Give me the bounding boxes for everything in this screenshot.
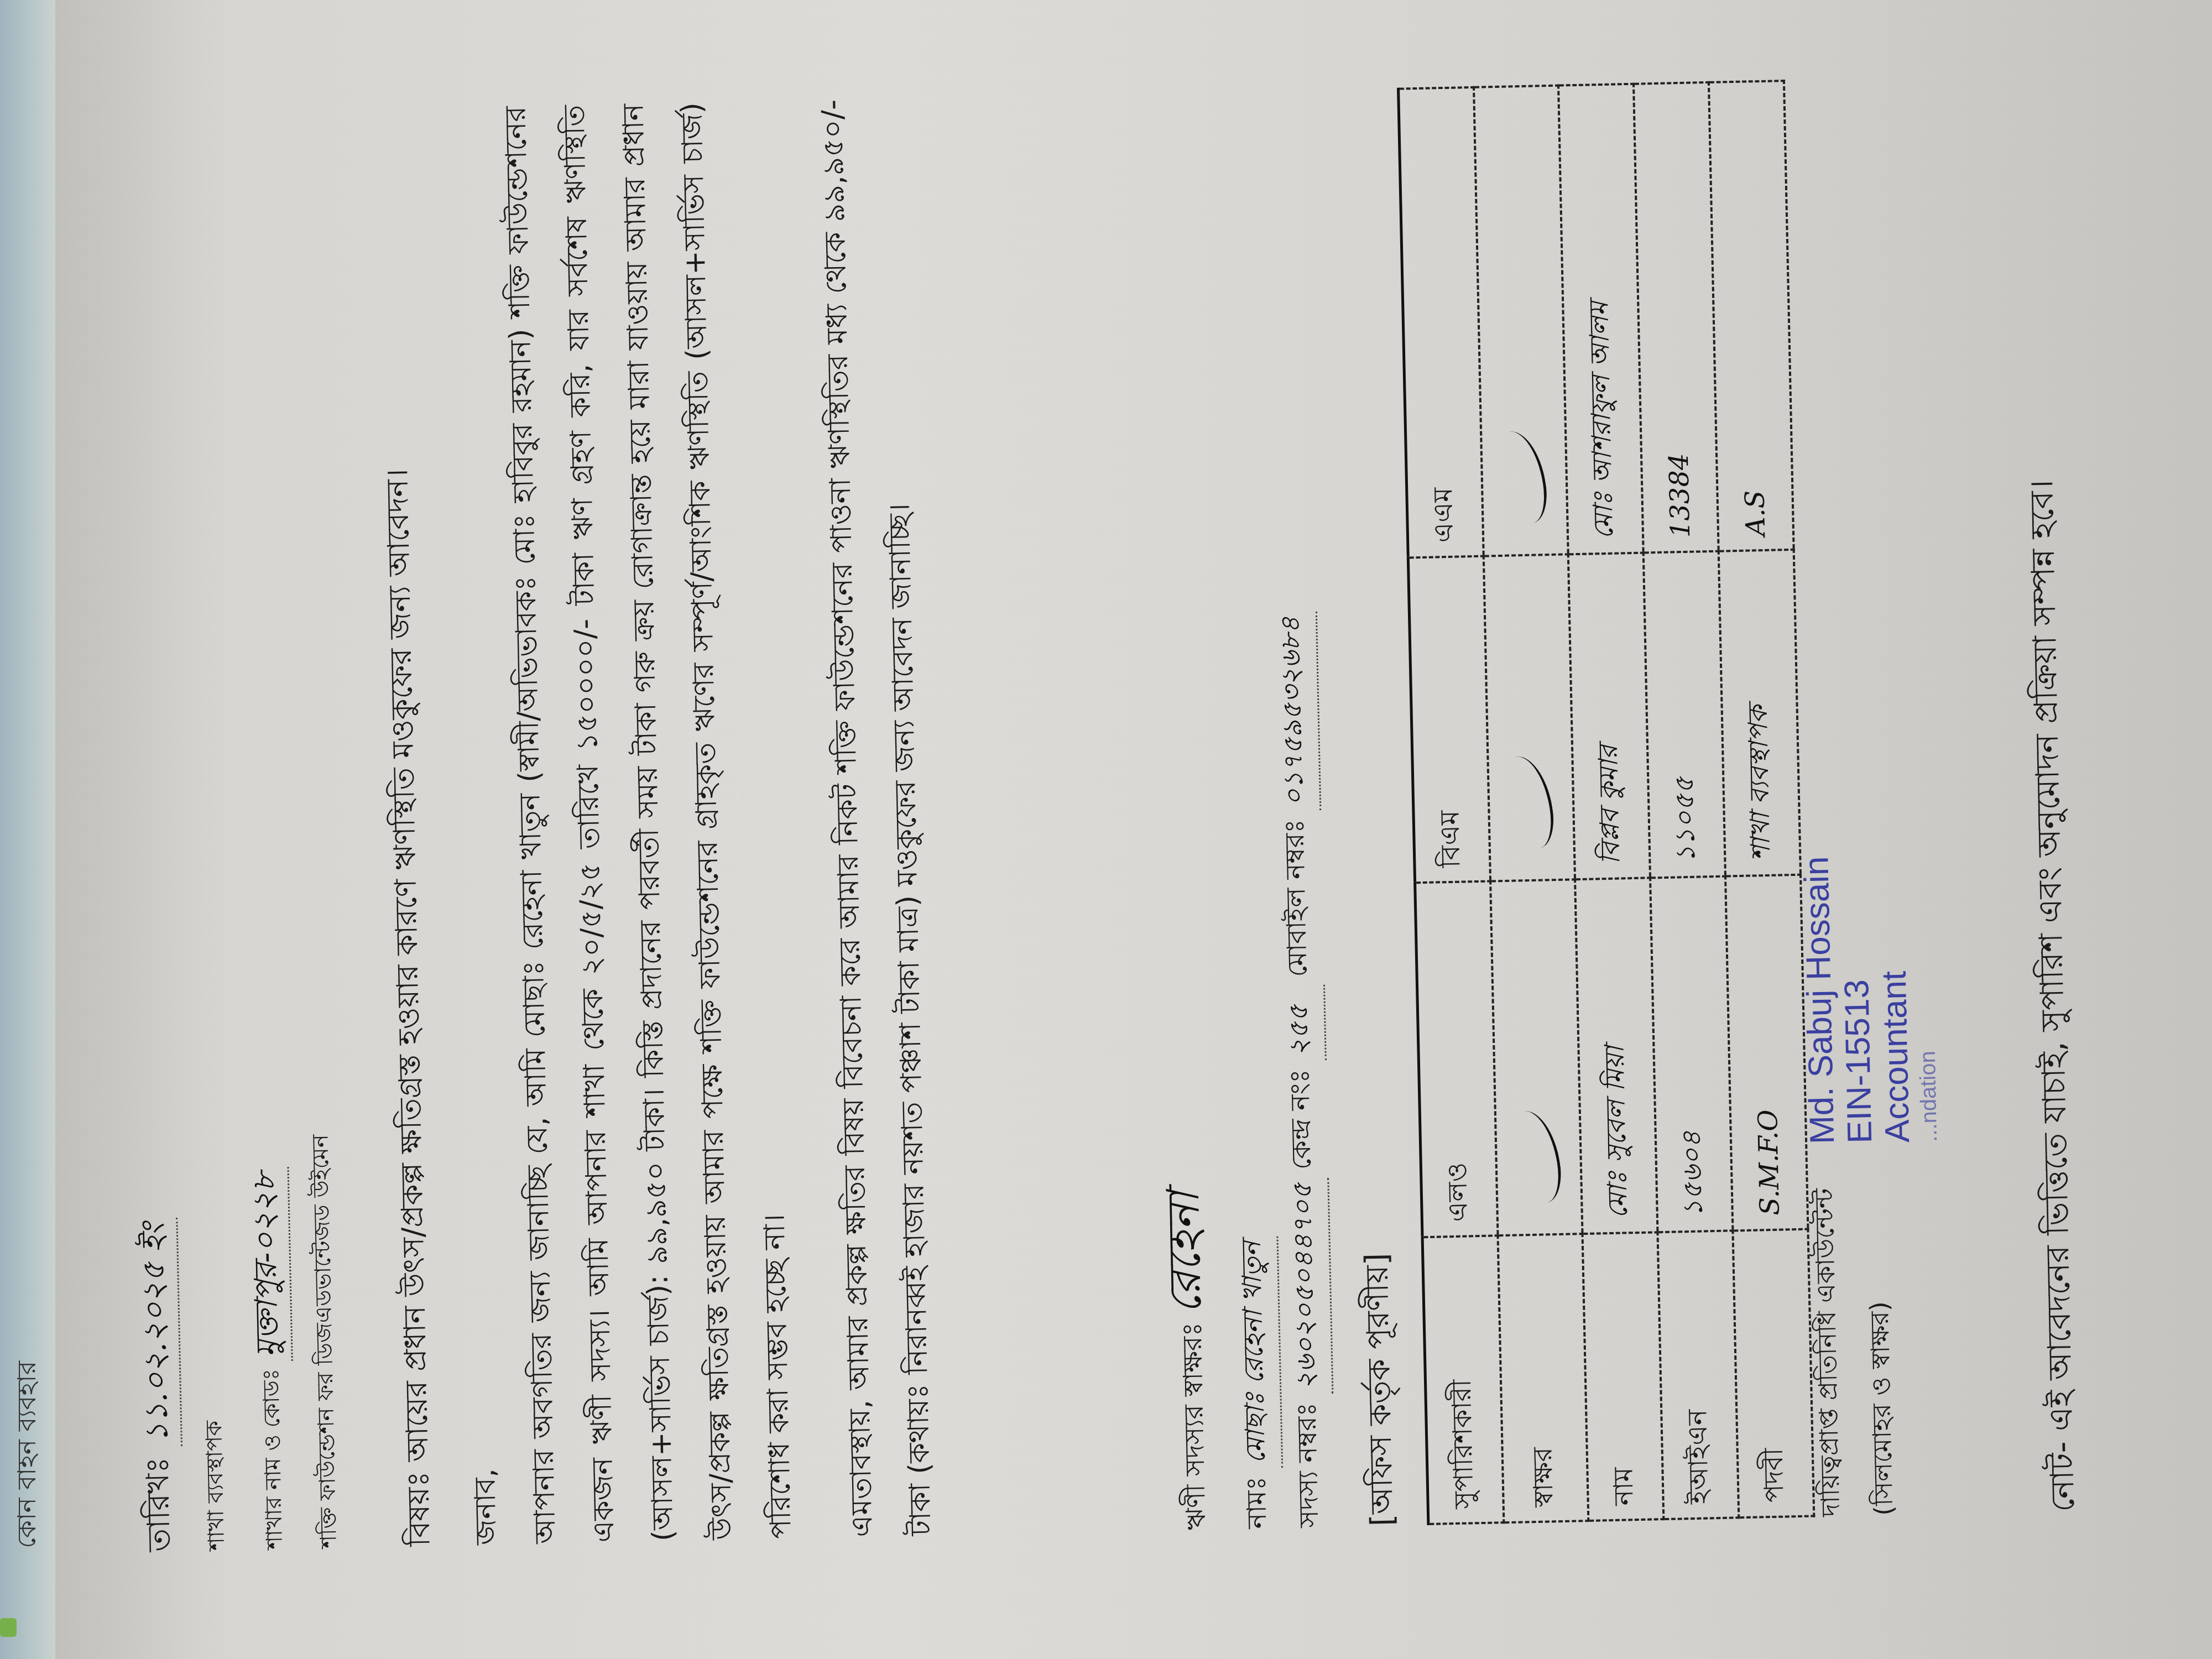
name-cell: বিপ্লব কুমার	[1568, 553, 1650, 880]
column-header: এলও	[1415, 881, 1498, 1237]
designation-cell: A.S	[1709, 81, 1794, 551]
accountant-stamp: Md. Sabuj Hossain EIN-15513 Accountant .…	[1798, 854, 1941, 1144]
row-label: স্বাক্ষর	[1498, 1234, 1589, 1522]
branch-label: শাখার নাম ও কোডঃ	[258, 1368, 288, 1550]
ein-cell: ১১০৫৫	[1644, 551, 1725, 878]
signature-scribble-icon	[1505, 1107, 1566, 1207]
member-signature: রেহেনা	[1157, 1191, 1212, 1314]
row-label: ইআইএন	[1657, 1230, 1739, 1519]
date-value: ১১.০২.২০২৫ ইং	[129, 1218, 182, 1447]
branch-value: মুক্তাপুর-০২২৮	[241, 1167, 293, 1362]
accountant-sub: (সিলমোহর ও স্বাক্ষর)	[1858, 1187, 1907, 1516]
column-header: এএম	[1399, 87, 1484, 558]
ein-cell: 13384	[1634, 82, 1719, 553]
name-cell: মোঃ সুবেল মিয়া	[1575, 878, 1657, 1234]
signature-cell	[1490, 879, 1582, 1235]
accountant-section: দায়িত্বপ্রাপ্ত প্রতিনিধি একাউন্টেন্ট (স…	[1782, 77, 1949, 1517]
designation-cell: S.M.F.O	[1725, 875, 1808, 1230]
center-no-value: ২৫৫	[1273, 985, 1327, 1061]
row-label: নাম	[1582, 1232, 1663, 1521]
header-block: তারিখঃ ১১.০২.২০২৫ ইং শাখা ব্যবস্থাপক শাখ…	[107, 110, 361, 1552]
row-label: সুপারিশকারী	[1422, 1235, 1504, 1524]
branch-line: শাখার নাম ও কোডঃ মুক্তাপুর-০২২৮	[218, 111, 296, 1550]
subject-text: আয়ের প্রধান উৎস/প্রকল্প ক্ষতিগ্রস্ত হওয…	[379, 468, 435, 1462]
signature-scribble-icon	[1490, 427, 1552, 528]
office-section-title: [অফিস কর্তৃক পূরণীয়]	[1328, 88, 1410, 1526]
date-line: তারিখঃ ১১.০২.২০২৫ ইং	[107, 114, 185, 1552]
signature-scribble-icon	[1497, 752, 1558, 852]
application-form-page: তারিখঃ ১১.০২.২০২৫ ইং শাখা ব্যবস্থাপক শাখ…	[39, 6, 2173, 1653]
row-label: পদবী	[1733, 1229, 1814, 1517]
name-cell: মোঃ আশরাফুল আলম	[1558, 84, 1644, 555]
subject-label: বিষয়ঃ	[400, 1471, 437, 1547]
stamp-line: Accountant	[1874, 854, 1917, 1143]
column-header: বিএম	[1408, 556, 1490, 883]
accountant-line: দায়িত্বপ্রাপ্ত প্রতিনিধি একাউন্টেন্ট	[1805, 1188, 1854, 1517]
member-signature-label: ঋণী সদস্যর স্বাক্ষরঃ	[1177, 1322, 1212, 1530]
date-label: তারিখঃ	[139, 1457, 178, 1552]
member-section: ঋণী সদস্যর স্বাক্ষরঃ রেহেনা নামঃ মোছাঃ র…	[1118, 90, 1337, 1531]
member-name-label: নামঃ	[1241, 1476, 1273, 1529]
signature-cell	[1474, 86, 1568, 556]
member-no-value: ২৬০২০৫০৪৪৭০৫	[1277, 1177, 1333, 1394]
signature-cell	[1484, 555, 1575, 881]
designation-cell: শাখা ব্যবস্থাপক	[1719, 550, 1801, 877]
body-section: জনাব, আপনার অবগতির জন্য জানাচ্ছি যে, আমি…	[427, 98, 951, 1546]
member-name-value: মোছাঃ রেহেনা খাতুন	[1226, 1236, 1283, 1468]
background-edge-text: কোন বাহন ব্যবহার	[6, 1361, 48, 1548]
mobile-label: মোবাইল নম্বরঃ	[1279, 819, 1313, 978]
center-no-label: কেন্দ্র নংঃ	[1284, 1069, 1317, 1170]
stamp-line: EIN-15513	[1835, 855, 1879, 1144]
recommendation-table: সুপারিশকারী এলও বিএম এএম স্বাক্ষর নাম মো…	[1397, 80, 1815, 1525]
member-no-label: সদস্য নম্বরঃ	[1291, 1402, 1325, 1528]
stamp-line: Md. Sabuj Hossain	[1798, 856, 1841, 1145]
body-paragraph-1: আপনার অবগতির জন্য জানাচ্ছি যে, আমি মোছাঃ…	[486, 101, 811, 1545]
mobile-value: ০১৭৫৯৫৩২৬৮৪	[1265, 612, 1322, 811]
footer-note: নোট- এই আবেদনের ভিত্তিতে যাচাই, সুপারিশ …	[2008, 74, 2092, 1512]
office-section: [অফিস কর্তৃক পূরণীয়] সুপারিশকারী এলও বি…	[1328, 80, 1815, 1527]
body-paragraph-2: এমতাবস্থায়, আমার প্রকল্প ক্ষতির বিষয় ব…	[803, 98, 951, 1538]
green-checkbox-icon	[0, 1618, 17, 1637]
ein-cell: ১৫৬০৪	[1650, 877, 1733, 1232]
